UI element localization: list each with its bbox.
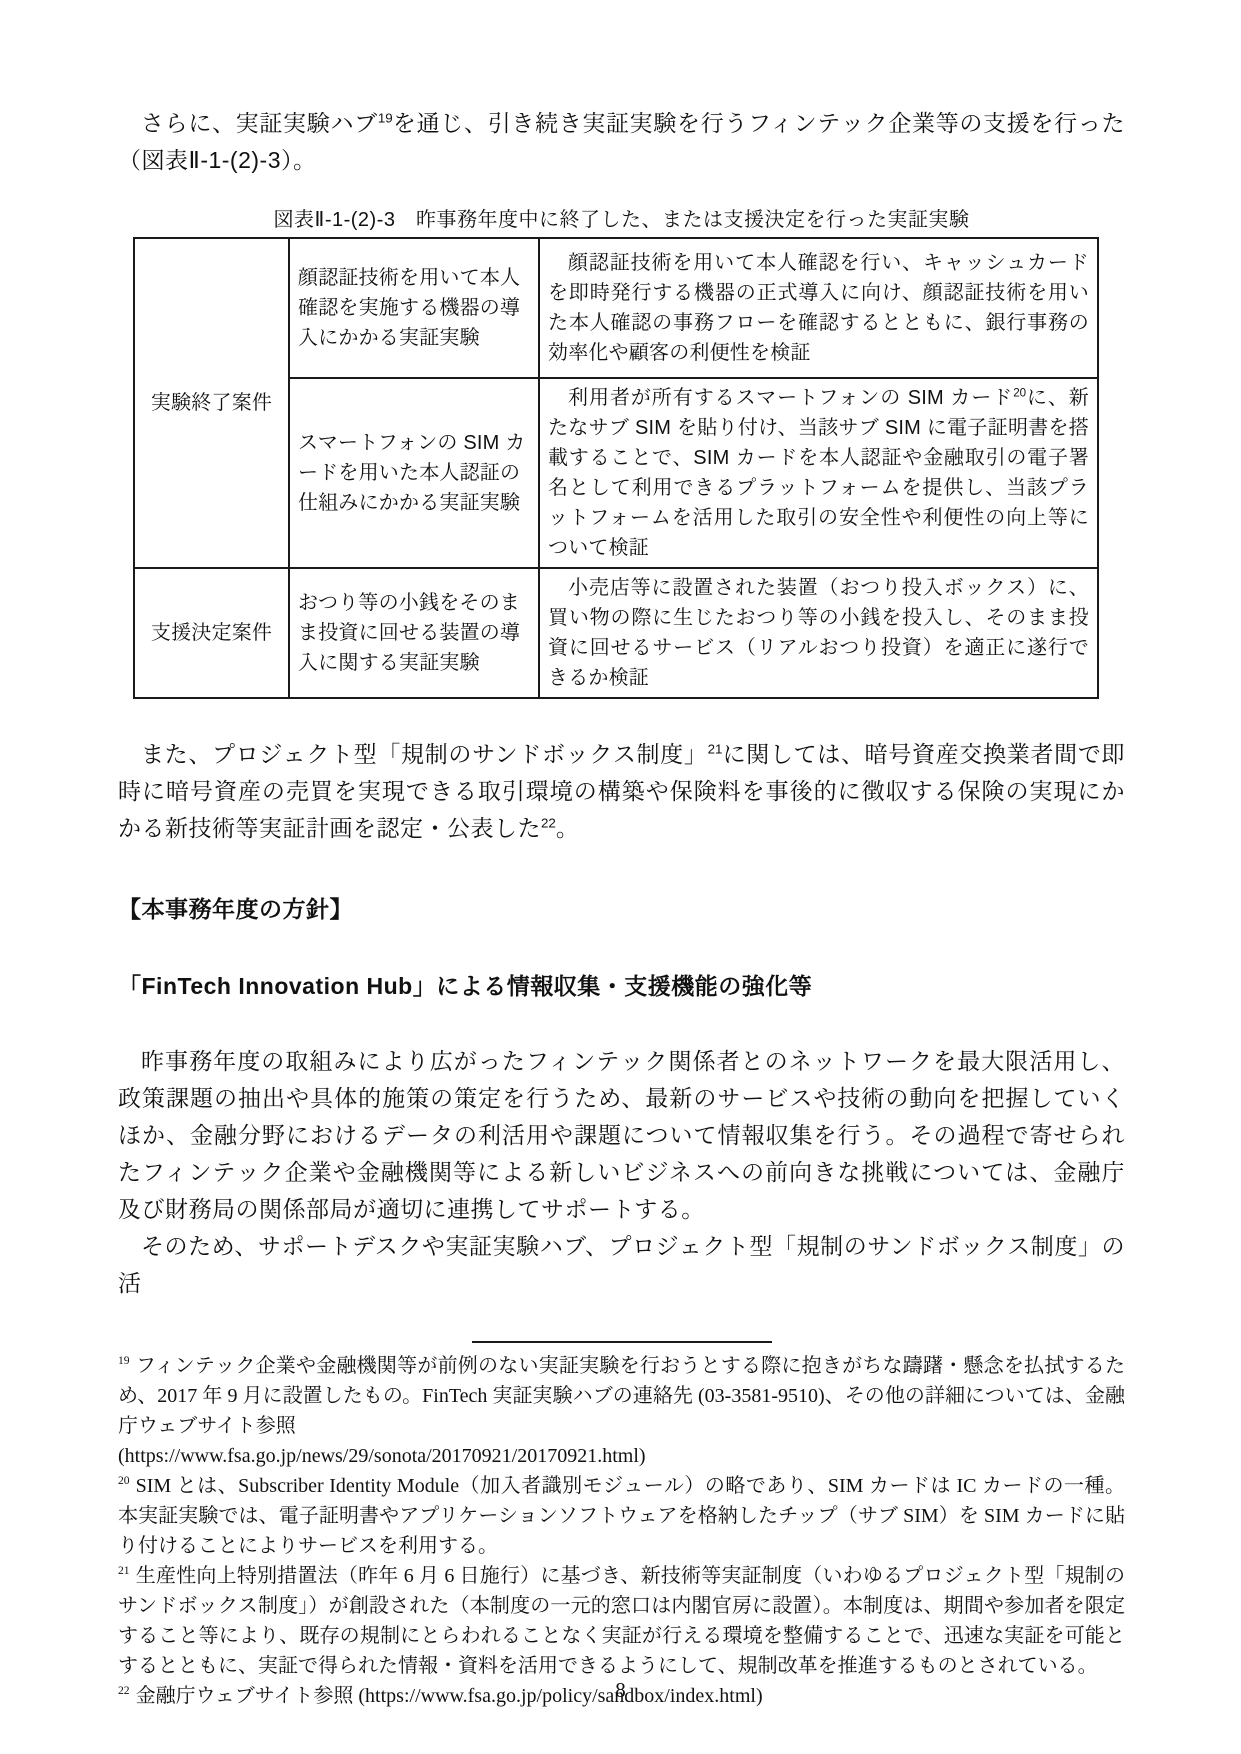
page-number: 8 bbox=[0, 1678, 1241, 1703]
detail-text: 顔認証技術を用いて本人確認を行い、キャッシュカードを即時発行する機器の正式導入に… bbox=[548, 252, 1089, 364]
figure-caption: 図表Ⅱ-1-(2)-3 昨事務年度中に終了した、または支援決定を行った実証実験 bbox=[118, 205, 1125, 235]
detail-text: 小売店等に設置された装置（おつり投入ボックス）に、買い物の際に生じたおつり等の小… bbox=[548, 577, 1089, 689]
footnote-20-marker: 20 bbox=[118, 1474, 130, 1487]
footnote-19-marker: 19 bbox=[118, 1354, 130, 1367]
detail-cell-sim-card: 利用者が所有するスマートフォンの SIM カード20に、新たなサブ SIM を貼… bbox=[539, 378, 1098, 568]
category-cell-support-decided: 支援決定案件 bbox=[134, 568, 289, 698]
detail-text-cont: に、新たなサブ SIM を貼り付け、当該サブ SIM に電子証明書を搭載すること… bbox=[548, 387, 1089, 559]
summary-cell-change-invest: おつり等の小銭をそのまま投資に回せる装置の導入に関する実証実験 bbox=[289, 568, 539, 698]
footnote-ref-19: 19 bbox=[378, 110, 393, 125]
paragraph-network: 昨事務年度の取組みにより広がったフィンテック関係者とのネットワークを最大限活用し… bbox=[118, 1043, 1125, 1228]
footnotes-section: 19フィンテック企業や金融機関等が前例のない実証実験を行おうとする際に抱きがちな… bbox=[118, 1351, 1125, 1711]
paragraph-sandbox-text-end: 。 bbox=[556, 815, 580, 841]
footnote-separator bbox=[472, 1341, 772, 1343]
footnote-21-marker: 21 bbox=[118, 1564, 130, 1577]
footnote-19: 19フィンテック企業や金融機関等が前例のない実証実験を行おうとする際に抱きがちな… bbox=[118, 1351, 1125, 1441]
detail-cell-change-invest: 小売店等に設置された装置（おつり投入ボックス）に、買い物の際に生じたおつり等の小… bbox=[539, 568, 1098, 698]
summary-cell-face-auth: 顔認証技術を用いて本人確認を実施する機器の導入にかかる実証実験 bbox=[289, 238, 539, 378]
footnote-ref-21: 21 bbox=[708, 741, 723, 756]
document-page: さらに、実証実験ハブ19を通じ、引き続き実証実験を行うフィンテック企業等の支援を… bbox=[0, 0, 1241, 1754]
footnote-ref-20: 20 bbox=[1013, 386, 1026, 399]
category-cell-completed: 実験終了案件 bbox=[134, 238, 289, 568]
table-row-change-invest: 支援決定案件 おつり等の小銭をそのまま投資に回せる装置の導入に関する実証実験 小… bbox=[134, 568, 1098, 698]
footnote-19-text: フィンテック企業や金融機関等が前例のない実証実験を行おうとする際に抱きがちな躊躇… bbox=[118, 1355, 1125, 1437]
footnote-20: 20SIM とは、Subscriber Identity Module（加入者識… bbox=[118, 1471, 1125, 1561]
table-row-face-auth: 実験終了案件 顔認証技術を用いて本人確認を実施する機器の導入にかかる実証実験 顔… bbox=[134, 238, 1098, 378]
footnote-20-text: SIM とは、Subscriber Identity Module（加入者識別モ… bbox=[118, 1475, 1125, 1557]
heading-fiscal-year-policy: 【本事務年度の方針】 bbox=[118, 891, 1125, 928]
footnote-ref-22: 22 bbox=[541, 815, 556, 830]
footnote-19-url: (https://www.fsa.go.jp/news/29/sonota/20… bbox=[118, 1441, 1125, 1471]
paragraph-sandbox: また、プロジェクト型「規制のサンドボックス制度」21に関しては、暗号資産交換業者… bbox=[118, 736, 1125, 847]
paragraph-intro: さらに、実証実験ハブ19を通じ、引き続き実証実験を行うフィンテック企業等の支援を… bbox=[118, 105, 1125, 179]
paragraph-sandbox-text: また、プロジェクト型「規制のサンドボックス制度」 bbox=[141, 741, 708, 767]
detail-text: 利用者が所有するスマートフォンの SIM カード bbox=[568, 387, 1013, 409]
footnote-21-text: 生産性向上特別措置法（昨年 6 月 6 日施行）に基づき、新技術等実証制度（いわ… bbox=[118, 1565, 1125, 1677]
experiments-table: 実験終了案件 顔認証技術を用いて本人確認を実施する機器の導入にかかる実証実験 顔… bbox=[133, 237, 1099, 699]
heading-fintech-innovation-hub: 「FinTech Innovation Hub」による情報収集・支援機能の強化等 bbox=[118, 968, 1125, 1005]
detail-cell-face-auth: 顔認証技術を用いて本人確認を行い、キャッシュカードを即時発行する機器の正式導入に… bbox=[539, 238, 1098, 378]
summary-cell-sim-card: スマートフォンの SIM カードを用いた本人認証の仕組みにかかる実証実験 bbox=[289, 378, 539, 568]
paragraph-intro-text: さらに、実証実験ハブ bbox=[141, 110, 378, 136]
paragraph-support-desk: そのため、サポートデスクや実証実験ハブ、プロジェクト型「規制のサンドボックス制度… bbox=[118, 1228, 1125, 1302]
footnote-21: 21生産性向上特別措置法（昨年 6 月 6 日施行）に基づき、新技術等実証制度（… bbox=[118, 1561, 1125, 1681]
